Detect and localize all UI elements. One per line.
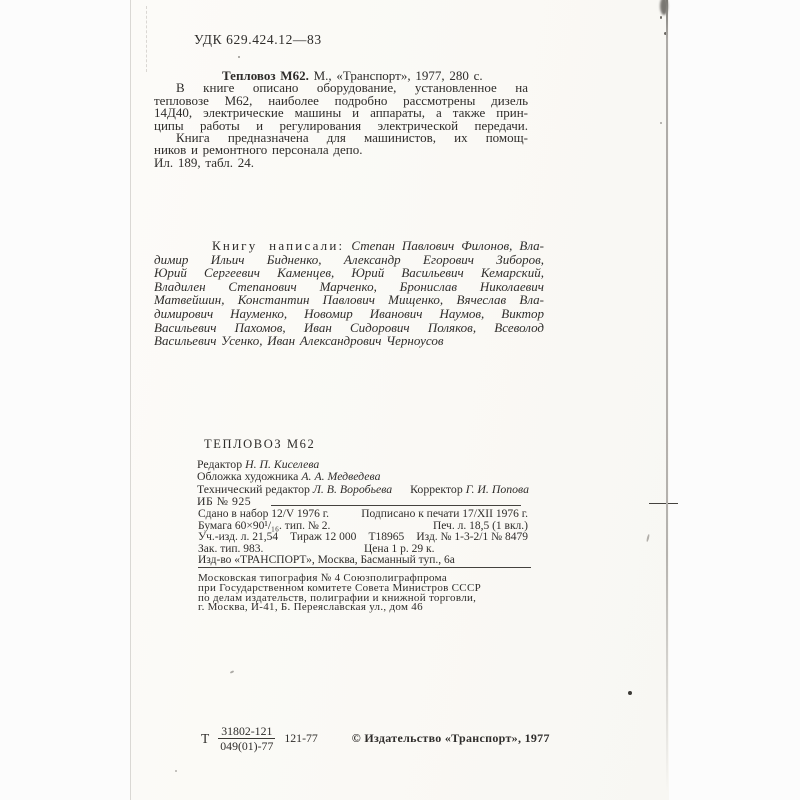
scan-speck [230, 670, 234, 674]
order-code: Т18965 [368, 531, 404, 543]
annotation-line: Ил. 189, табл. 24. [154, 157, 528, 169]
scan-speck [660, 16, 662, 19]
rule-top-right-segment [649, 503, 678, 504]
authors-line: Васильевич Усенко, Иван Александрович Че… [154, 334, 544, 348]
tech-editor-name: Л. В. Воробьева [313, 482, 392, 496]
edition-number: Изд. № 1-3-2/1 № 8479 [416, 531, 528, 543]
imprint-row: Изд-во «ТРАНСПОРТ», Москва, Басманный ту… [198, 554, 528, 566]
catalog-letter: Т [201, 731, 209, 747]
scan-speck [628, 691, 632, 695]
scan-canvas: УДК 629.424.12—83 Тепловоз М62. М., «Тра… [0, 0, 800, 800]
corrector-label: Корректор [410, 482, 463, 496]
scan-speck [660, 122, 662, 124]
corrector-name: Г. И. Попова [466, 482, 529, 496]
scan-speck [238, 56, 240, 58]
authors-line: димир Ильич Бидненко, Александр Егорович… [154, 253, 544, 267]
authors-intro: Книгу написали: [212, 238, 344, 253]
copyright-notice: © Издательство «Транспорт», 1977 [352, 731, 550, 746]
ib-number: ИБ № 925 [197, 494, 251, 509]
price: Цена 1 р. 29 к. [364, 543, 435, 555]
printing-house-line: г. Москва, И-41, Б. Переяславская ул., д… [198, 603, 481, 613]
editors-block: Редактор Н. П. Киселева Обложка художник… [197, 458, 529, 495]
paper-format: Бумага 60×90¹/₁₆. тип. № 2. [198, 520, 330, 532]
udk-number: УДК 629.424.12—83 [194, 32, 322, 48]
imprint-row: Бумага 60×90¹/₁₆. тип. № 2. Печ. л. 18,5… [198, 520, 528, 532]
publisher-address: Изд-во «ТРАНСПОРТ», Москва, Басманный ту… [198, 554, 455, 566]
print-sheets: Печ. л. 18,5 (1 вкл.) [433, 520, 528, 532]
scan-artifact-dash [146, 6, 148, 72]
rule-top-left-segment [271, 505, 521, 506]
authors-line: Матвейшин, Константин Павлович Мищенко, … [154, 293, 544, 307]
imprint-row: Зак. тип. 983. Цена 1 р. 29 к. [198, 543, 528, 555]
scan-speck [175, 770, 177, 772]
scan-speck [646, 534, 650, 542]
rule-bottom [198, 567, 531, 568]
authors-line: димирович Науменко, Новомир Иванович Нау… [154, 307, 544, 321]
catalog-copyright-row: Т 31802-121 049(01)-77 121-77 © Издатель… [201, 725, 550, 752]
authors-line: Юрий Сергеевич Каменцев, Юрий Васильевич… [154, 266, 544, 280]
authors-line: Книгу написали: Степан Павлович Филонов,… [154, 239, 544, 253]
catalog-denominator: 049(01)-77 [218, 739, 275, 752]
authors-block: Книгу написали: Степан Павлович Филонов,… [154, 239, 544, 348]
order-number: Зак. тип. 983. [198, 543, 263, 555]
imprint-row: Сдано в набор 12/V 1976 г. Подписано к п… [198, 508, 528, 520]
imprint-row: Уч.-изд. л. 21,54 Тираж 12 000 Т18965 Из… [198, 531, 528, 543]
book-title-caps: ТЕПЛОВОЗ М62 [204, 437, 315, 452]
print-date: Подписано к печати 17/XII 1976 г. [361, 508, 528, 520]
typeset-date: Сдано в набор 12/V 1976 г. [198, 508, 329, 520]
print-run: Тираж 12 000 [290, 531, 356, 543]
printing-house-block: Московская типография № 4 Союзполиграфпр… [198, 574, 481, 613]
catalog-numerator: 31802-121 [218, 725, 275, 739]
authors-line: Владилен Степанович Марченко, Бронислав … [154, 280, 544, 294]
authors-first-names: Степан Павлович Филонов, Вла- [351, 238, 544, 253]
catalog-suffix: 121-77 [284, 731, 317, 746]
book-page: УДК 629.424.12—83 Тепловоз М62. М., «Тра… [130, 0, 669, 800]
catalog-fraction: 31802-121 049(01)-77 [218, 725, 275, 752]
imprint-table: Сдано в набор 12/V 1976 г. Подписано к п… [198, 508, 528, 566]
annotation-block: Тепловоз М62. М., «Транспорт», 1977, 280… [154, 70, 528, 169]
authors-line: Васильевич Пахомов, Иван Сидорович Поляк… [154, 321, 544, 335]
page-right-edge [666, 0, 668, 792]
account-sheets: Уч.-изд. л. 21,54 [198, 531, 278, 543]
